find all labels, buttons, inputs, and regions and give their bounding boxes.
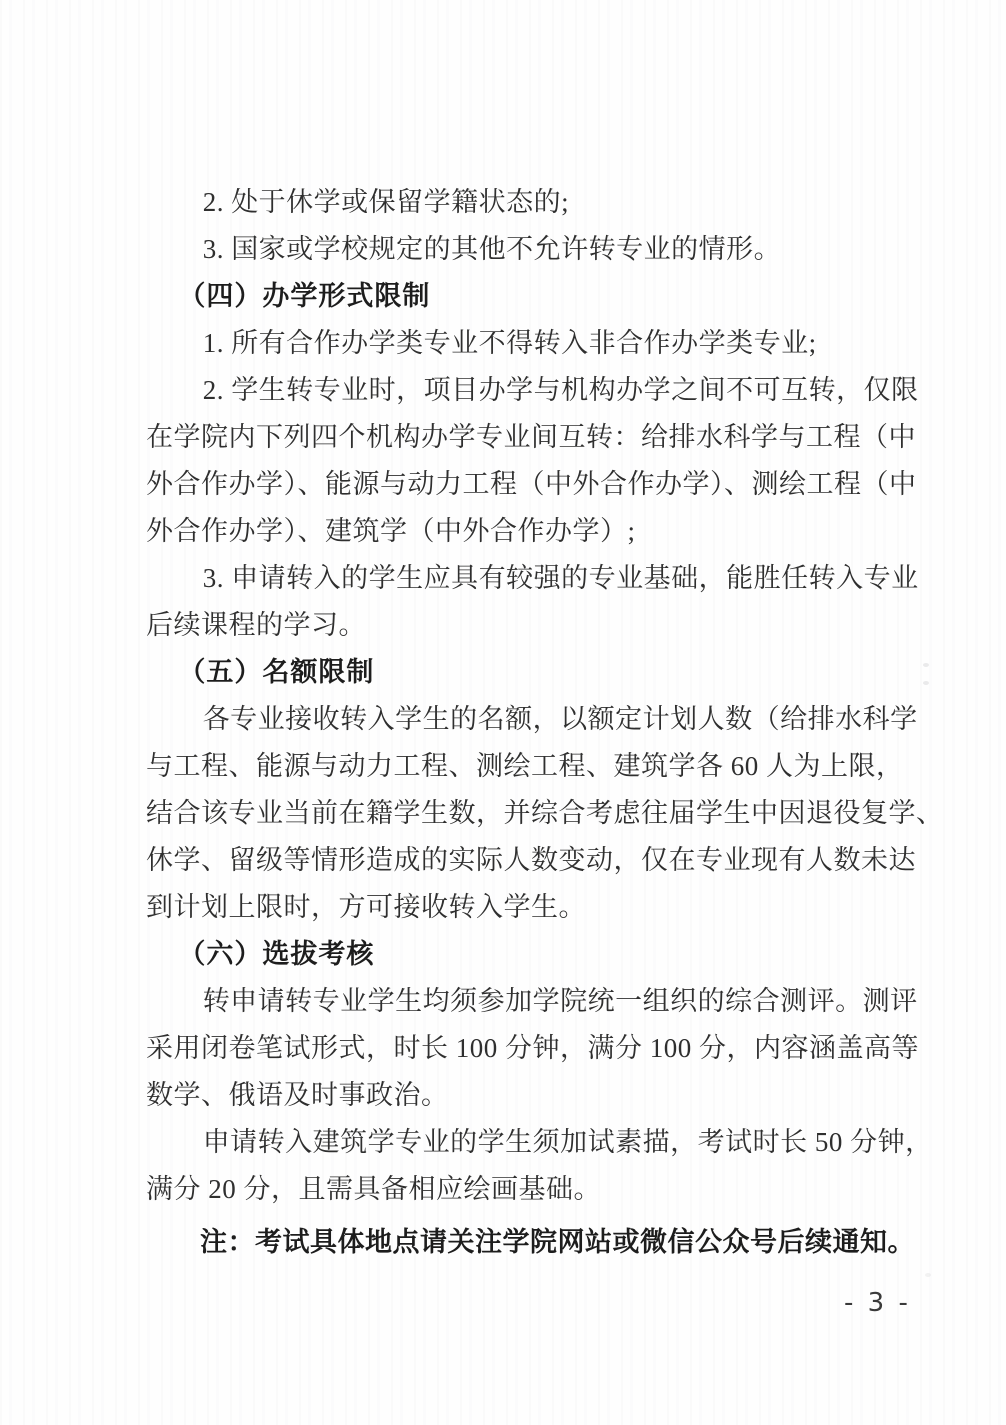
doc-line-continuation: 后续课程的学习。 (146, 602, 916, 649)
page-number: - 3 - (844, 1288, 911, 1318)
paragraph-assessment: 转申请转专业学生均须参加学院统一组织的综合测评。测评 (146, 978, 916, 1025)
doc-line-continuation: 外合作办学）、能源与动力工程（中外合作办学）、测绘工程（中 (146, 461, 916, 508)
doc-line-continuation: 满分 20 分，且需具备相应绘画基础。 (146, 1166, 916, 1213)
paragraph-quota: 各专业接收转入学生的名额，以额定计划人数（给排水科学 (146, 696, 916, 743)
list-item-2-suspension: 2. 处于休学或保留学籍状态的; (146, 179, 916, 226)
heading-section-6: （六）选拔考核 (146, 931, 916, 978)
doc-line-continuation: 在学院内下列四个机构办学专业间互转：给排水科学与工程（中 (146, 414, 916, 461)
doc-line-continuation: 到计划上限时，方可接收转入学生。 (146, 884, 916, 931)
list-item-3-other-cases: 3. 国家或学校规定的其他不允许转专业的情形。 (146, 226, 916, 273)
document-page: 2. 处于休学或保留学籍状态的; 3. 国家或学校规定的其他不允许转专业的情形。… (0, 0, 1006, 1425)
doc-line-continuation: 采用闭卷笔试形式，时长 100 分钟，满分 100 分，内容涵盖高等 (146, 1025, 916, 1072)
doc-line-continuation: 休学、留级等情形造成的实际人数变动，仅在专业现有人数未达 (146, 837, 916, 884)
doc-line-continuation: 结合该专业当前在籍学生数，并综合考虑往届学生中因退役复学、 (146, 790, 916, 837)
note-exam-location: 注：考试具体地点请关注学院网站或微信公众号后续通知。 (146, 1219, 916, 1266)
document-body: 2. 处于休学或保留学籍状态的; 3. 国家或学校规定的其他不允许转专业的情形。… (146, 179, 916, 1266)
scan-artifact (923, 681, 929, 685)
doc-line-continuation: 外合作办学）、建筑学（中外合作办学）; (146, 508, 916, 555)
heading-section-5: （五）名额限制 (146, 649, 916, 696)
scan-artifact (925, 1273, 931, 1277)
paragraph-sketch-exam: 申请转入建筑学专业的学生须加试素描，考试时长 50 分钟， (146, 1119, 916, 1166)
list-item-2-transfer-rule: 2. 学生转专业时，项目办学与机构办学之间不可互转，仅限 (146, 367, 916, 414)
scan-artifact (923, 663, 929, 667)
doc-line-continuation: 与工程、能源与动力工程、测绘工程、建筑学各 60 人为上限， (146, 743, 916, 790)
list-item-1-coop-programs: 1. 所有合作办学类专业不得转入非合作办学类专业; (146, 320, 916, 367)
list-item-3-foundation: 3. 申请转入的学生应具有较强的专业基础，能胜任转入专业 (146, 555, 916, 602)
heading-section-4: （四）办学形式限制 (146, 273, 916, 320)
doc-line-continuation: 数学、俄语及时事政治。 (146, 1072, 916, 1119)
